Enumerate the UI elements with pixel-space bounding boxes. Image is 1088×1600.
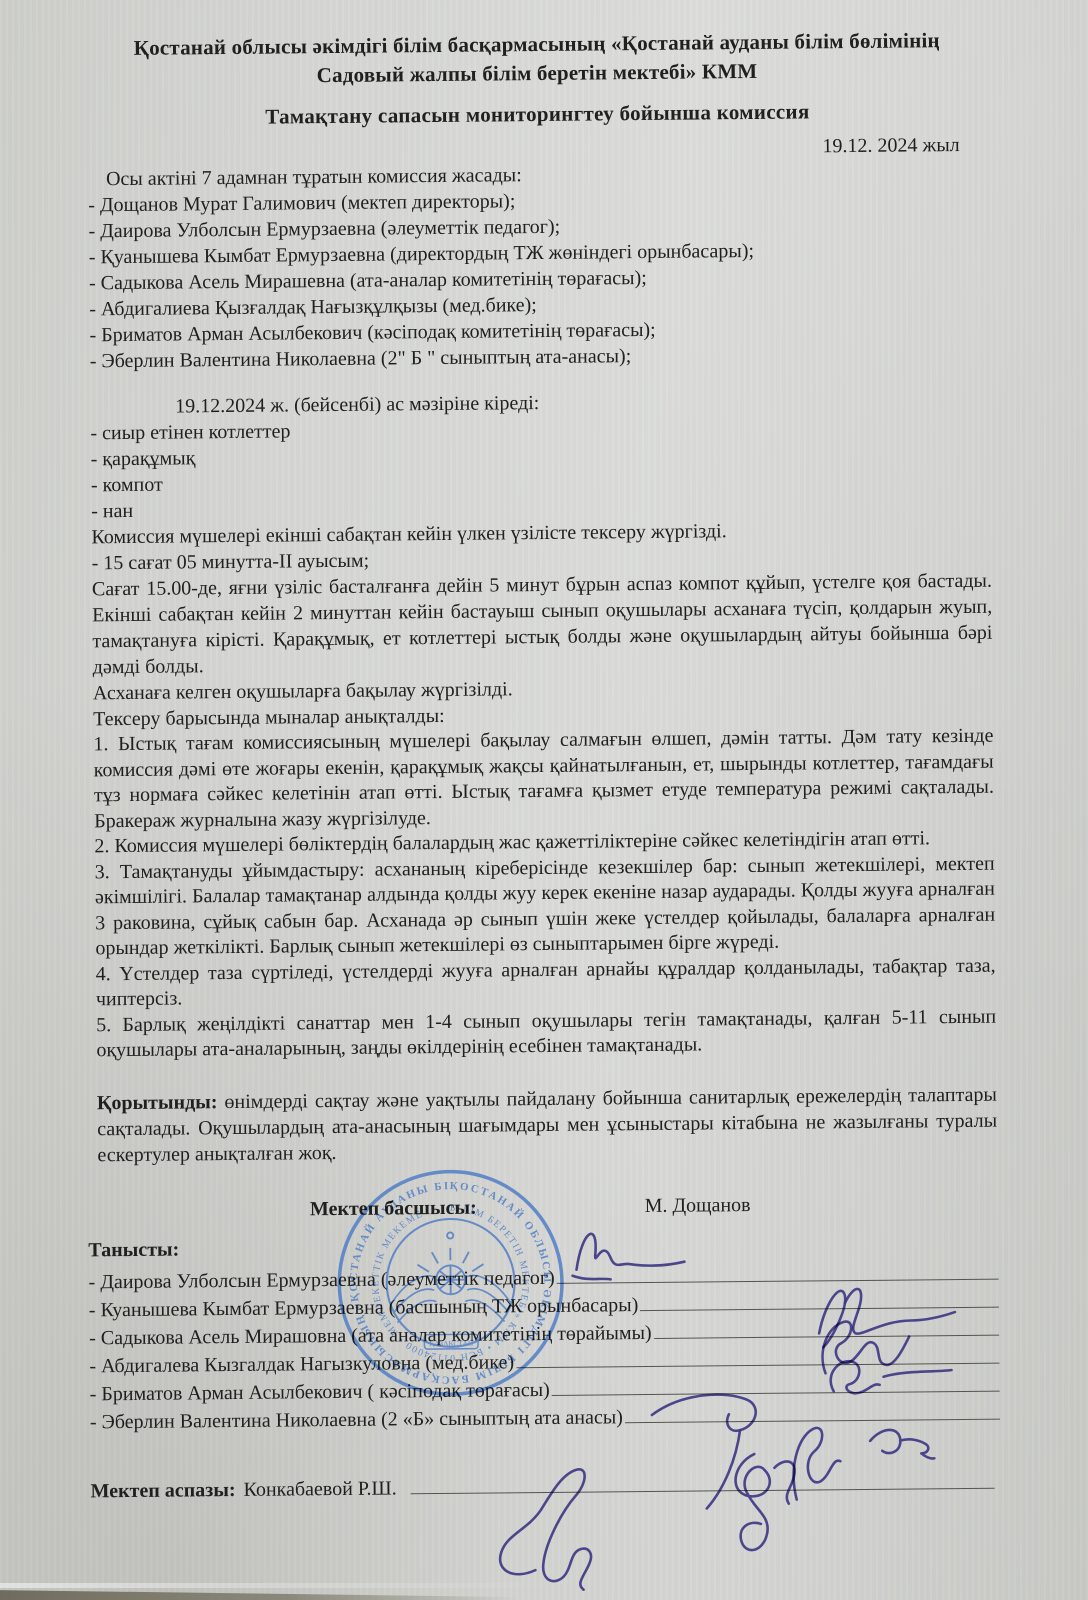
- signature-blank-line: [557, 1278, 999, 1283]
- signature-blank-line: [552, 1390, 1000, 1395]
- signature-blank-line: [625, 1418, 1000, 1423]
- paper-bottom-highlight: [0, 1583, 560, 1588]
- inspection-paragraph: Сағат 15.00-де, яғни үзіліс басталғанға …: [92, 568, 993, 681]
- stamp-center-label: ҚАЗАҚСТАН: [429, 1339, 474, 1348]
- menu-items-list: - сиыр етінен котлеттер- қарақұмық- комп…: [90, 412, 991, 525]
- signature-blank-line: [654, 1334, 999, 1338]
- document-content: Қостанай облысы әкімдігі білім басқармас…: [0, 0, 1088, 1600]
- finding-item: 3. Тамақтануды ұйымдастыру: асхананың кі…: [95, 851, 996, 962]
- cook-signature-blank-line: [411, 1487, 995, 1494]
- commission-members-list: - Дощанов Мурат Галимович (мектеп директ…: [88, 184, 990, 375]
- finding-item: 5. Барлық жеңілдікті санаттар мен 1-4 сы…: [96, 1004, 996, 1064]
- signature-blank-line: [516, 1362, 999, 1368]
- signature-eberlin: [704, 1433, 855, 1568]
- finding-item: 4. Үстелдер таза сүртіледі, үстелдерді ж…: [96, 953, 996, 1013]
- finding-item: 1. Ыстық тағам комиссиясының мүшелері ба…: [93, 724, 994, 835]
- scanned-document-page: Қостанай облысы әкімдігі білім басқармас…: [0, 0, 1088, 1600]
- signature-blank-line: [640, 1306, 999, 1310]
- cook-name: Конкабаевой Р.Ш.: [243, 1475, 396, 1503]
- commission-title: Тамақтану сапасын мониторингтеу бойынша …: [87, 97, 987, 133]
- official-round-stamp: ҚОСТАНАЙ ОБЛЫСЫ ӘКІМДІГІ БІЛІМ БАСҚАРМАС…: [315, 1148, 586, 1419]
- organization-title: Қостанай облысы әкімдігі білім басқармас…: [87, 26, 988, 93]
- findings-list: 1. Ыстық тағам комиссиясының мүшелері ба…: [93, 724, 996, 1064]
- head-signature-name: М. Дощанов: [645, 1192, 751, 1220]
- cook-label: Мектеп аспазы:: [90, 1476, 235, 1504]
- cook-signature-row: Мектеп аспазы: Конкабаевой Р.Ш.: [90, 1469, 1000, 1505]
- conclusion-label: Қорытынды:: [97, 1091, 218, 1114]
